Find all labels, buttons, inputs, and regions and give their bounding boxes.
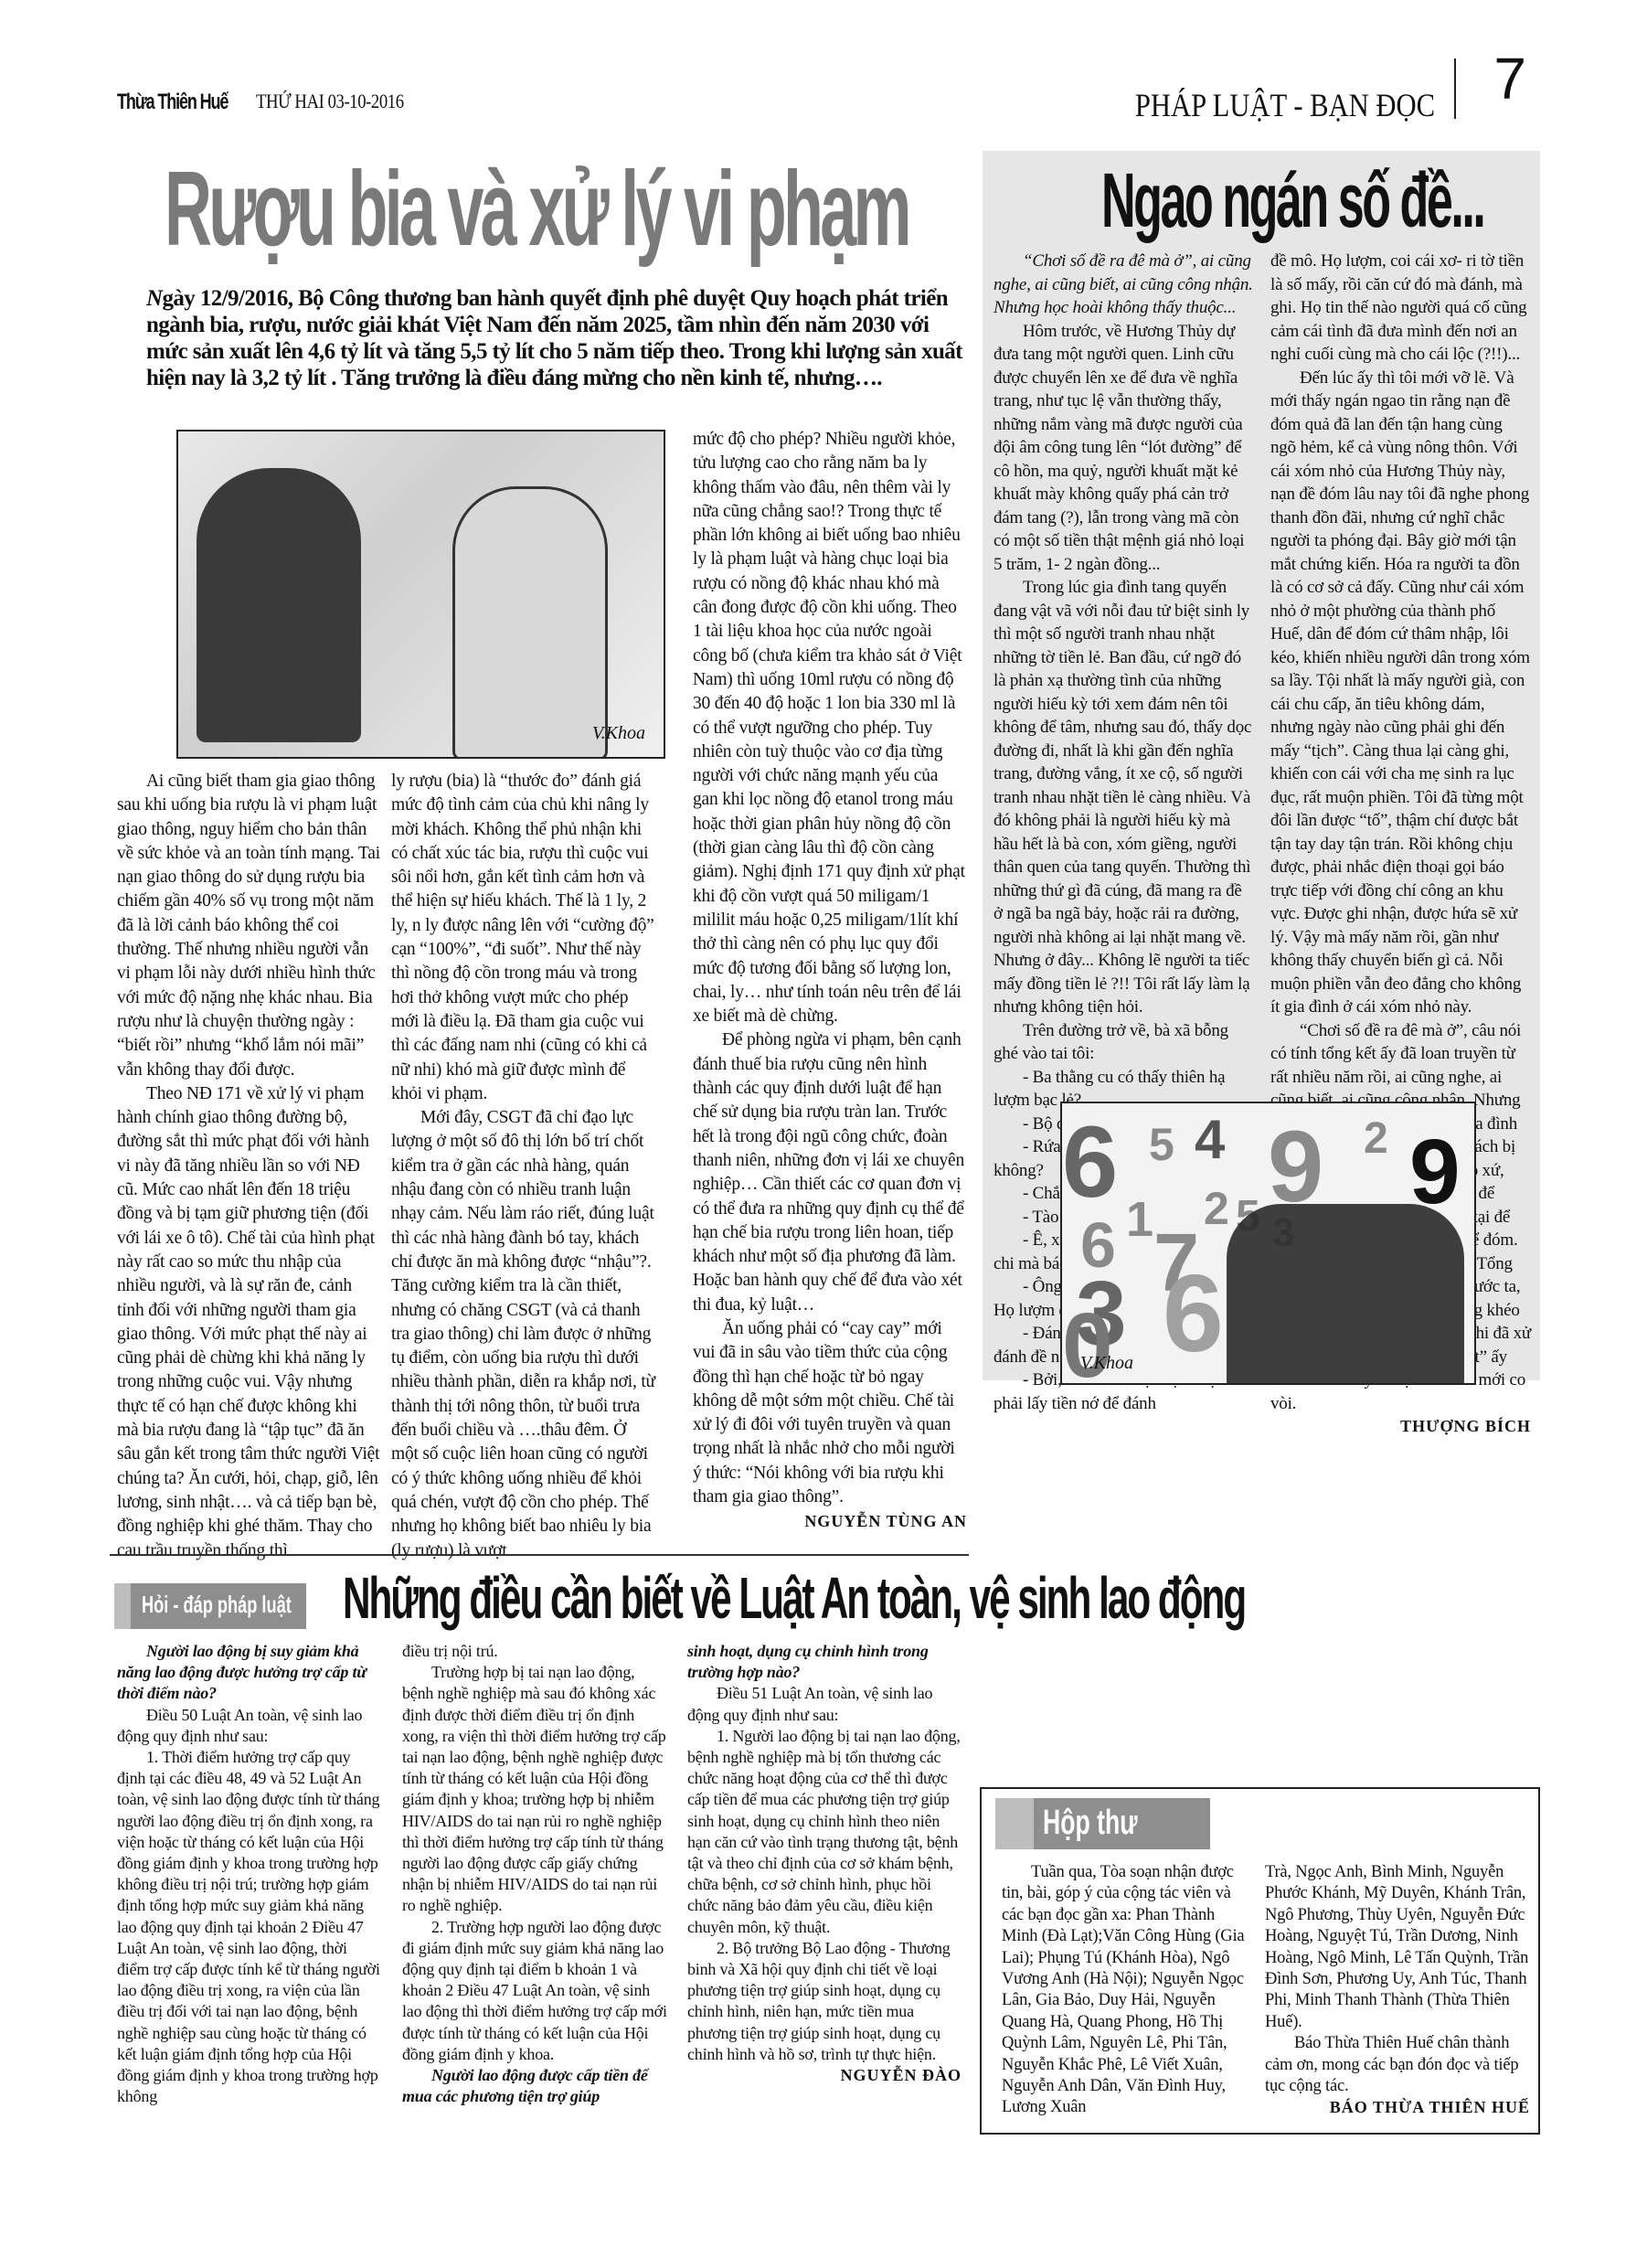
masthead: Thừa Thiên Huế THỨ HAI 03-10-2016 PHÁP L… [110, 53, 1545, 117]
answer: 2. Trường hợp người lao động được đi giá… [402, 1917, 667, 2065]
answer: 1. Người lao động bị tai nạn lao động, b… [687, 1726, 962, 1938]
paragraph: Theo NĐ 171 về xử lý vi phạm hành chính … [117, 1082, 382, 1563]
qa-column-1: Người lao động bị suy giảm khả năng lao … [117, 1641, 382, 2107]
lead-dropcap: N [146, 286, 162, 311]
mailbox-column-1: Tuần qua, Tòa soạn nhận được tin, bài, g… [1002, 1862, 1249, 2119]
paragraph: Hôm trước, về Hương Thủy dự đưa tang một… [994, 320, 1254, 577]
qa-column-3: sinh hoạt, dụng cụ chỉnh hình trong trườ… [687, 1641, 962, 2086]
answer: điều trị nội trú. [402, 1641, 667, 1662]
digit: 6 [1062, 1113, 1118, 1213]
sidebar-article: Ngao ngán số đề... “Chơi số đề ra đê mà … [983, 151, 1540, 1380]
paragraph: Đến lúc ấy thì tôi mới vỡ lẽ. Và mới thấ… [1270, 367, 1531, 1019]
paragraph: Mới đây, CSGT đã chỉ đạo lực lượng ở một… [391, 1106, 656, 1563]
issue-date: THỨ HAI 03-10-2016 [256, 90, 404, 113]
paragraph: Để phòng ngừa vi phạm, bên cạnh đánh thu… [693, 1028, 967, 1317]
mailbox-signature: BÁO THỪA THIÊN HUẾ [1265, 2097, 1530, 2118]
qa-headline: Những điều cần biết về Luật An toàn, vệ … [343, 1569, 1245, 1627]
page-number: 7 [1493, 49, 1526, 108]
illustration-signature: V.Khoa [592, 723, 645, 744]
lottery-players-figure-shape [1227, 1204, 1464, 1385]
masthead-divider [1454, 59, 1456, 119]
sidebar-headline: Ngao ngán số đề... [1101, 162, 1483, 239]
question: Người lao động được cấp tiền để mua các … [402, 2065, 667, 2107]
lead-text: gày 12/9/2016, Bộ Công thương ban hành q… [146, 286, 962, 390]
sidebar-intro: “Chơi số đề ra đê mà ở”, ai cũng nghe, a… [994, 250, 1254, 320]
main-article-byline: NGUYỄN TÙNG AN [693, 1509, 967, 1533]
digit: 1 [1126, 1195, 1153, 1244]
paragraph: Ai cũng biết tham gia giao thông sau khi… [117, 770, 382, 1082]
lottery-numbers-illustration: 6 5 4 9 2 9 6 1 7 2 5 3 3 6 0 V.Khoa [1060, 1102, 1476, 1385]
paragraph: Ăn uống phải có “cay cay” mới vui đã in … [693, 1317, 967, 1509]
mailbox-column-2: Trà, Ngọc Anh, Bình Minh, Nguyễn Phước K… [1265, 1862, 1530, 2119]
section-divider [110, 1554, 969, 1556]
section-title: PHÁP LUẬT - BẠN ĐỌC [1135, 86, 1435, 124]
question: Người lao động bị suy giảm khả năng lao … [117, 1641, 382, 1705]
main-article-column-3: mức độ cho phép? Nhiều người khỏe, tửu l… [693, 428, 967, 1534]
answer: Điều 51 Luật An toàn, vệ sinh lao động q… [687, 1683, 962, 1725]
main-headline: Rượu bia và xử lý vi phạm [165, 155, 909, 261]
mailbox-box: Hộp thư Tuần qua, Tòa soạn nhận được tin… [980, 1787, 1540, 2135]
digit: 4 [1195, 1113, 1225, 1167]
answer: Trường hợp bị tai nạn lao động, bệnh ngh… [402, 1662, 667, 1916]
paragraph: ly rượu (bia) là “thước đo” đánh giá mức… [391, 770, 656, 1106]
digit: 5 [1149, 1122, 1174, 1167]
illustration-signature: V.Khoa [1080, 1353, 1133, 1374]
mailbox-contributors: Tuần qua, Tòa soạn nhận được tin, bài, g… [1002, 1862, 1249, 2119]
lead-paragraph: Ngày 12/9/2016, Bộ Công thương ban hành … [146, 285, 969, 391]
paragraph: đề mô. Họ lượm, coi cái xơ- ri tờ tiền l… [1270, 250, 1531, 367]
answer: Điều 50 Luật An toàn, vệ sinh lao động q… [117, 1705, 382, 1747]
qa-byline: NGUYỄN ĐÀO [687, 2065, 962, 2086]
digit: 2 [1204, 1186, 1229, 1231]
qa-column-2: điều trị nội trú. Trường hợp bị tai nạn … [402, 1641, 667, 2107]
digit: 2 [1364, 1117, 1388, 1161]
traffic-police-illustration: V.Khoa [176, 430, 665, 759]
qa-tag-label: Hỏi - đáp pháp luật [142, 1591, 292, 1619]
driver-figure-shape [452, 486, 608, 759]
qa-section-tag: Hỏi - đáp pháp luật [114, 1583, 306, 1629]
answer: 2. Bộ trưởng Bộ Lao động - Thương binh v… [687, 1938, 962, 2065]
question: sinh hoạt, dụng cụ chỉnh hình trong trườ… [687, 1641, 962, 1683]
newspaper-brand: Thừa Thiên Huế [117, 90, 228, 115]
answer: 1. Thời điểm hưởng trợ cấp quy định tại … [117, 1747, 382, 2107]
mailbox-tag: Hộp thư [995, 1798, 1210, 1849]
digit: 6 [1163, 1259, 1224, 1368]
digit: 9 [1268, 1117, 1323, 1218]
mailbox-closing: Báo Thừa Thiên Huế chân thành cảm ơn, mo… [1265, 2033, 1530, 2097]
mailbox-contributors-cont: Trà, Ngọc Anh, Bình Minh, Nguyễn Phước K… [1265, 1862, 1530, 2033]
main-article-column-1: Ai cũng biết tham gia giao thông sau khi… [117, 770, 382, 1563]
mailbox-tag-label: Hộp thư [1043, 1804, 1137, 1843]
main-article-column-2: ly rượu (bia) là “thước đo” đánh giá mức… [391, 770, 656, 1563]
paragraph: Trên đường trở về, bà xã bỗng ghé vào ta… [994, 1019, 1254, 1066]
paragraph: mức độ cho phép? Nhiều người khỏe, tửu l… [693, 428, 967, 1028]
paragraph: Trong lúc gia đình tang quyến đang vật v… [994, 576, 1254, 1019]
sidebar-byline: THƯỢNG BÍCH [1270, 1415, 1531, 1439]
police-figure-shape [197, 468, 361, 742]
